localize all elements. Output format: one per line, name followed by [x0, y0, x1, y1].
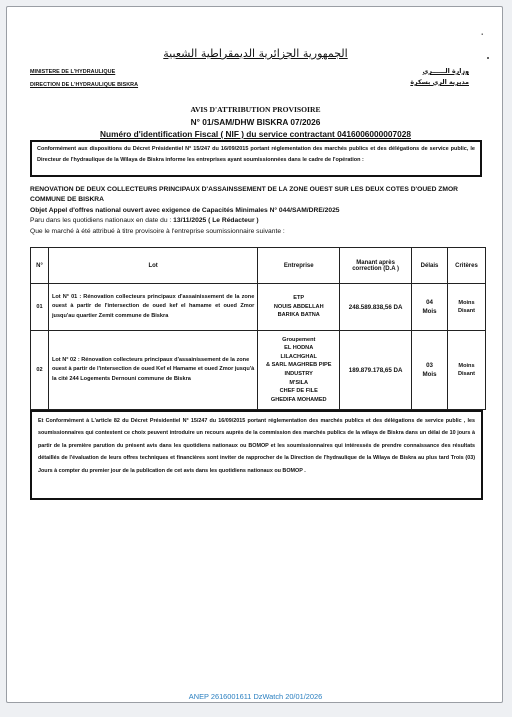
header-entreprise: Entreprise — [258, 248, 340, 284]
row-lot: Lot N° 01 : Rénovation collecteurs princ… — [48, 284, 257, 331]
paru-label: Paru dans les quotidiens nationaux en da… — [30, 217, 173, 224]
header-delais: Délais — [412, 248, 448, 284]
entreprise-line: INDUSTRY — [261, 370, 336, 379]
direction-fr: DIRECTION DE L'HYDRAULIQUE BISKRA — [30, 82, 138, 88]
entreprise-line: BARIKA BATNA — [261, 311, 336, 320]
row-num: 02 — [31, 331, 49, 410]
entreprise-line: CHEF DE FILE — [261, 387, 336, 396]
criteres-line: Disant — [451, 370, 482, 378]
entreprise-line: & SARL MAGHREB PIPE — [261, 361, 336, 370]
header-num: N° — [31, 248, 49, 284]
operation-objet: Objet Appel d'offres national ouvert ave… — [30, 206, 485, 216]
recourse-box: Et Conformément à L'article 82 du Décret… — [30, 410, 483, 500]
entreprise-line: Groupement — [261, 336, 336, 345]
row-montant: 189.879.178,65 DA — [340, 331, 412, 410]
row-entreprise: ETP NOUIS ABDELLAH BARIKA BATNA — [258, 284, 340, 331]
row-delais: 03 Mois — [412, 331, 448, 410]
header-criteres: Critères — [447, 248, 485, 284]
row-lot: Lot N° 02 : Rénovation collecteurs princ… — [48, 331, 257, 410]
row-entreprise: Groupement EL HODNA LILACHGHAL & SARL MA… — [258, 331, 340, 410]
scan-mark: ꞏ — [481, 29, 483, 40]
entreprise-line: LILACHGHAL — [261, 353, 336, 362]
row-criteres: Moins Disant — [447, 284, 485, 331]
arabic-republic-title: الجمهورية الجزائرية الديمقراطية الشعبية — [7, 47, 504, 60]
entreprise-line: EL HODNA — [261, 344, 336, 353]
criteres-line: Disant — [451, 307, 482, 315]
header-lot: Lot — [48, 248, 257, 284]
operation-title: RENOVATION DE DEUX COLLECTEURS PRINCIPAU… — [30, 185, 485, 206]
attribution-table: N° Lot Entreprise Manant après correctio… — [30, 247, 486, 410]
criteres-line: Moins — [451, 362, 482, 370]
direction-ar: مديرية الري بسكرة — [410, 79, 469, 86]
table-row: 01 Lot N° 01 : Rénovation collecteurs pr… — [31, 284, 486, 331]
paru-value: 13/11/2025 ( Le Rédacteur ) — [173, 217, 259, 224]
operation-paru: Paru dans les quotidiens nationaux en da… — [30, 216, 485, 226]
footer-reference: ANEP 2616001611 DzWatch 20/01/2026 — [7, 692, 504, 701]
row-criteres: Moins Disant — [447, 331, 485, 410]
entreprise-line: ETP — [261, 294, 336, 303]
operation-attribution: Que le marché à été attribué à titre pro… — [30, 227, 485, 237]
intro-box: Conformément aux dispositions du Décret … — [30, 140, 482, 177]
header-montant: Manant après correction (D.A ) — [340, 248, 412, 284]
row-delais: 04 Mois — [412, 284, 448, 331]
row-montant: 248.589.838,56 DA — [340, 284, 412, 331]
entreprise-line: NOUIS ABDELLAH — [261, 303, 336, 312]
notice-title: AVIS D'ATTRIBUTION PROVISOIRE — [7, 105, 504, 114]
ministry-ar: وزارة الــــــري — [423, 68, 469, 75]
entreprise-line: GHEDIFA MOHAMED — [261, 396, 336, 405]
entreprise-line: M'SILA — [261, 379, 336, 388]
notice-nif: Numéro d'identification Fiscal ( NIF ) d… — [7, 129, 504, 139]
criteres-line: Moins — [451, 299, 482, 307]
delais-unit: Mois — [415, 307, 444, 316]
delais-value: 03 — [415, 361, 444, 370]
table-row: 02 Lot N° 02 : Rénovation collecteurs pr… — [31, 331, 486, 410]
notice-number: N° 01/SAM/DHW BISKRA 07/2026 — [7, 117, 504, 127]
row-num: 01 — [31, 284, 49, 331]
table-header-row: N° Lot Entreprise Manant après correctio… — [31, 248, 486, 284]
ministry-fr: MINISTERE DE L'HYDRAULIQUE — [30, 69, 115, 75]
operation-block: RENOVATION DE DEUX COLLECTEURS PRINCIPAU… — [30, 185, 485, 237]
delais-unit: Mois — [415, 370, 444, 379]
document-page: ꞏ الجمهورية الجزائرية الديمقراطية الشعبي… — [6, 6, 503, 703]
delais-value: 04 — [415, 298, 444, 307]
